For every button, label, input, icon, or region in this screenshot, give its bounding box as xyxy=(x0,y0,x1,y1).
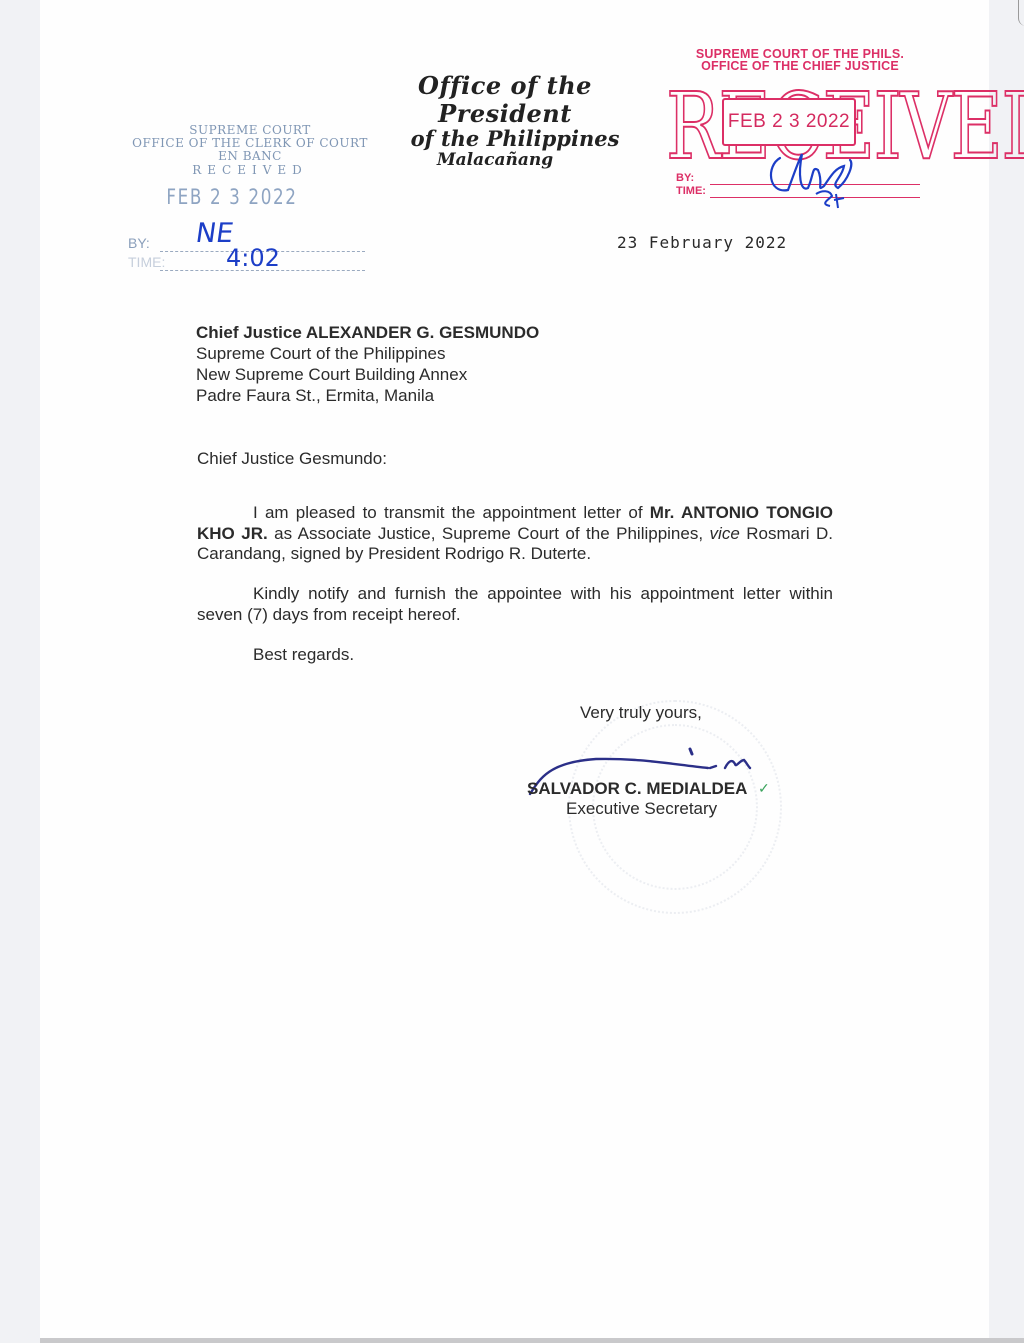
clerk-stamp-date: FEB 2 3 2022 xyxy=(114,185,351,209)
stamp-time-label: TIME: xyxy=(676,185,706,197)
body-paragraph-2: Kindly notify and furnish the appointee … xyxy=(197,584,833,625)
p3-text: Best regards. xyxy=(253,645,354,664)
recipient-block: Chief Justice ALEXANDER G. GESMUNDO Supr… xyxy=(196,322,539,406)
letterhead-palace: Malacañang xyxy=(340,150,650,170)
body-paragraph-1: I am pleased to transmit the appointment… xyxy=(197,503,833,565)
check-icon: ✓ xyxy=(758,780,770,797)
stamp-header-line2: OFFICE OF THE CHIEF JUSTICE xyxy=(680,60,920,72)
letter-date: 23 February 2022 xyxy=(617,233,787,252)
recipient-name: Chief Justice ALEXANDER G. GESMUNDO xyxy=(196,322,539,343)
stamp-date: FEB 2 3 2022 xyxy=(722,98,856,146)
clerk-received-stamp: SUPREME COURT OFFICE OF THE CLERK OF COU… xyxy=(120,124,380,209)
p1-text-middle: as Associate Justice, Supreme Court of t… xyxy=(268,524,710,543)
scroll-edge xyxy=(1018,0,1024,26)
salutation: Chief Justice Gesmundo: xyxy=(197,449,387,469)
stamp-by-label: BY: xyxy=(676,172,694,184)
clerk-time-label: TIME: xyxy=(128,254,165,270)
signer-name: SALVADOR C. MEDIALDEA xyxy=(527,779,747,799)
p2-text: Kindly notify and furnish the appointee … xyxy=(197,584,833,624)
body-paragraph-3: Best regards. xyxy=(197,645,833,666)
letterhead: Office of the President of the Philippin… xyxy=(360,72,650,170)
letterhead-office: Office of the President xyxy=(360,72,650,128)
signer-title: Executive Secretary xyxy=(566,799,717,819)
clerk-stamp-line3: EN BANC xyxy=(120,150,380,163)
page-bottom-border xyxy=(40,1338,1024,1343)
chief-justice-received-stamp: SUPREME COURT OF THE PHILS. OFFICE OF TH… xyxy=(660,48,920,72)
p1-vice: vice xyxy=(710,524,740,543)
p1-text-before: I am pleased to transmit the appointment… xyxy=(253,503,650,522)
recipient-line2: New Supreme Court Building Annex xyxy=(196,364,539,385)
stamp-signature-icon xyxy=(758,144,868,214)
clerk-stamp-received: RECEIVED xyxy=(120,163,380,177)
recipient-line3: Padre Faura St., Ermita, Manila xyxy=(196,385,539,406)
recipient-line1: Supreme Court of the Philippines xyxy=(196,343,539,364)
letterhead-country: of the Philippines xyxy=(380,128,650,150)
clerk-by-label: BY: xyxy=(128,235,150,251)
closing: Very truly yours, xyxy=(580,703,702,723)
clerk-time-handwriting: 4:02 xyxy=(226,244,280,272)
